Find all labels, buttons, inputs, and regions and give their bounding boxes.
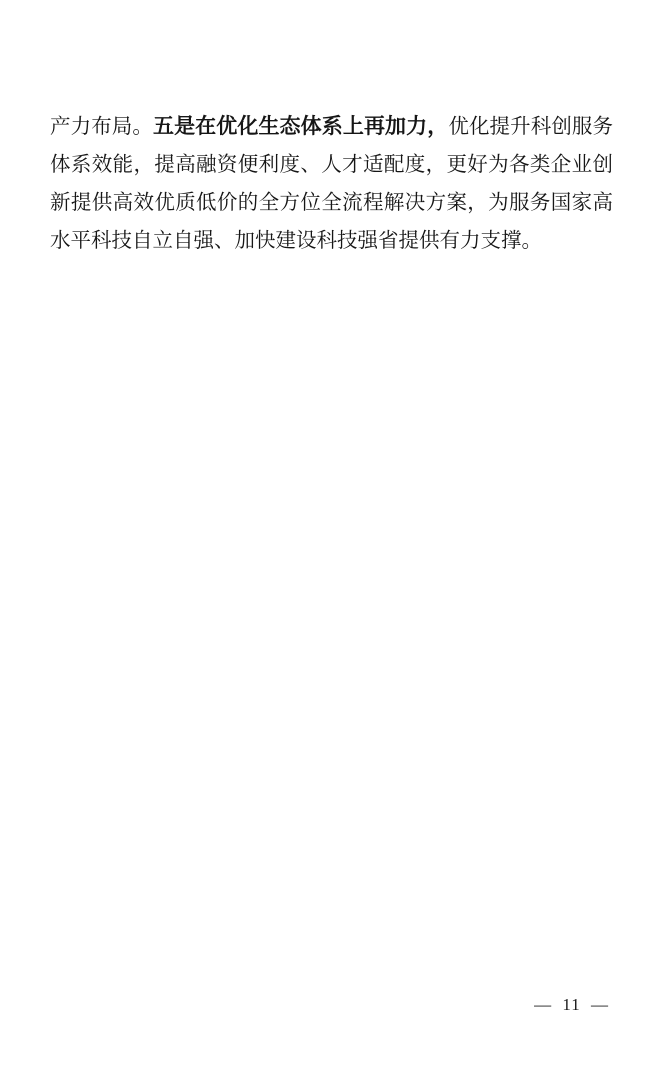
paragraph-text-regular: 产力布局。 <box>50 116 153 138</box>
paragraph-text-regular: 优化提升科创服务 <box>448 116 613 138</box>
paragraph-line-4: 水平科技自立自强、加快建设科技强省提供有力支撑。 <box>50 222 613 260</box>
page-number: — 11 — <box>534 996 609 1013</box>
paragraph-text-bold: 五是在优化生态体系上再加力， <box>153 115 448 138</box>
document-page: 产力布局。五是在优化生态体系上再加力，优化提升科创服务 体系效能，提高融资便利度… <box>0 0 662 1071</box>
paragraph-line-1: 产力布局。五是在优化生态体系上再加力，优化提升科创服务 <box>50 108 613 146</box>
paragraph: 产力布局。五是在优化生态体系上再加力，优化提升科创服务 体系效能，提高融资便利度… <box>50 108 613 260</box>
paragraph-line-2: 体系效能，提高融资便利度、人才适配度，更好为各类企业创 <box>50 146 613 184</box>
paragraph-line-3: 新提供高效优质低价的全方位全流程解决方案，为服务国家高 <box>50 184 613 222</box>
